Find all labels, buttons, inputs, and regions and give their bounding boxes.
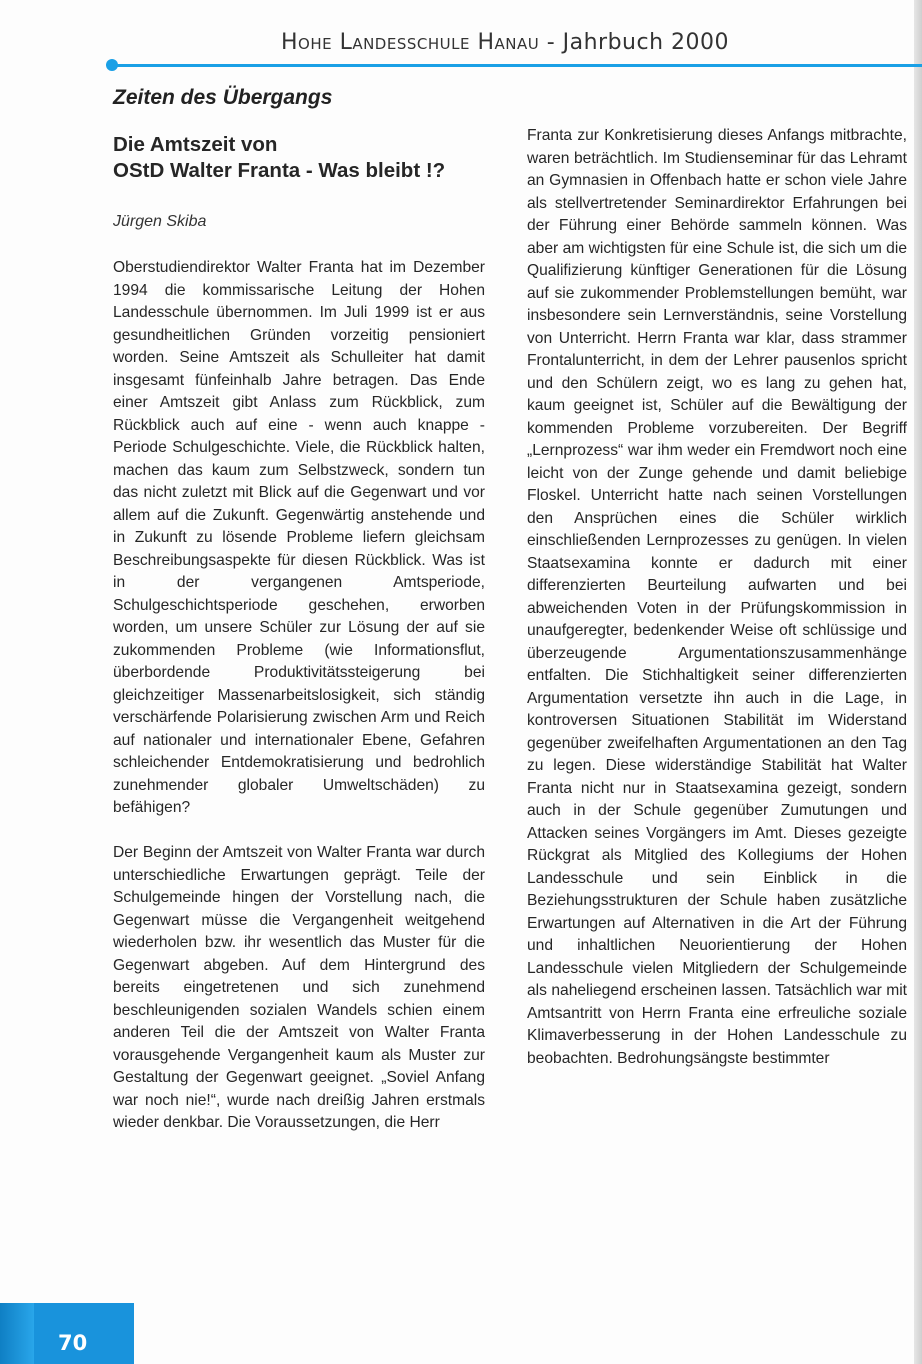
header-rule	[113, 64, 922, 67]
article-title-line-2: OStD Walter Franta - Was bleibt !?	[113, 158, 513, 184]
article-title-line-1: Die Amtszeit von	[113, 132, 513, 158]
running-head-school: Hohe Landesschule Hanau	[281, 30, 539, 55]
page-number: 70	[58, 1331, 87, 1355]
running-head: Hohe Landesschule Hanau - Jahrbuch 2000	[0, 30, 922, 55]
body-paragraph: Der Beginn der Amtszeit von Walter Frant…	[113, 842, 485, 1135]
article-title: Die Amtszeit von OStD Walter Franta - Wa…	[113, 132, 513, 184]
right-column: Franta zur Konkretisierung dieses Anfang…	[527, 125, 907, 1070]
body-paragraph: Oberstudiendirektor Walter Franta hat im…	[113, 257, 485, 820]
page-edge	[914, 0, 922, 1364]
section-title: Zeiten des Übergangs	[113, 86, 332, 110]
running-head-yearbook: - Jahrbuch 2000	[539, 30, 729, 55]
left-column: Oberstudiendirektor Walter Franta hat im…	[113, 257, 485, 1135]
torn-edge-decoration	[0, 1303, 34, 1364]
body-paragraph: Franta zur Konkretisierung dieses Anfang…	[527, 125, 907, 1070]
article-author: Jürgen Skiba	[113, 213, 206, 231]
